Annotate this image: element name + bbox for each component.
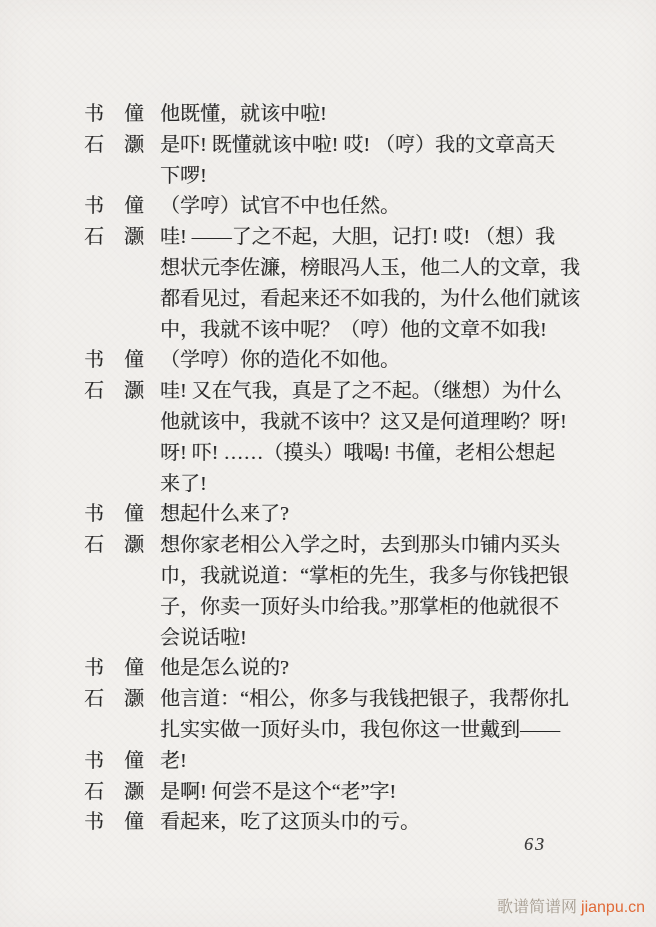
dialogue-entry: 石 灏 是吓! 既懂就该中啦! 哎! （哼）我的文章高天下啰! (84, 130, 598, 192)
watermark-site-url: jianpu.cn (581, 899, 645, 916)
dialogue-entry: 书 僮 老! (84, 746, 598, 777)
speech-text: 老! (160, 746, 594, 777)
speaker-name: 石 灏 (84, 222, 144, 253)
speech-text: 哇! 又在气我，真是了之不起。（继想）为什么他就该中，我就不该中？这又是何道理哟… (160, 376, 594, 499)
watermark: 歌谱简谱网jianpu.cn (497, 894, 645, 917)
speech-line: 中，我就不该中呢？（哼）他的文章不如我! (160, 315, 594, 346)
speech-line: 巾，我就说道：“掌柜的先生，我多与你钱把银 (160, 561, 594, 592)
speech-line: 想起什么来了? (160, 499, 594, 530)
speech-text: 他是怎么说的? (160, 653, 594, 684)
speech-line: 来了! (160, 469, 594, 500)
speech-line: 都看见过，看起来还不如我的，为什么他们就该 (160, 284, 594, 315)
speaker-name: 书 僮 (84, 345, 144, 376)
dialogue-entry: 书 僮 （学哼）试官不中也任然。 (84, 191, 598, 222)
page-number: 63 (524, 834, 546, 855)
dialogue-entry: 书 僮 （学哼）你的造化不如他。 (84, 345, 598, 376)
speech-text: 是啊! 何尝不是这个“老”字! (160, 777, 594, 808)
speech-line: 是吓! 既懂就该中啦! 哎! （哼）我的文章高天 (160, 130, 594, 161)
dialogue-entry: 书 僮 想起什么来了? (84, 499, 598, 530)
speech-line: 想状元李佐濂，榜眼冯人玉，他二人的文章，我 (160, 253, 594, 284)
speech-text: 是吓! 既懂就该中啦! 哎! （哼）我的文章高天下啰! (160, 130, 594, 192)
dialogue-entry: 石 灏 是啊! 何尝不是这个“老”字! (84, 777, 598, 808)
dialogue-entry: 石 灏 他言道：“相公，你多与我钱把银子，我帮你扎扎实实做一顶好头巾，我包你这一… (84, 684, 598, 746)
speech-line: 老! (160, 746, 594, 777)
speaker-name: 石 灏 (84, 530, 144, 561)
speaker-name: 书 僮 (84, 99, 144, 130)
speaker-name: 石 灏 (84, 376, 144, 407)
speaker-name: 书 僮 (84, 499, 144, 530)
dialogue-entry: 石 灏 哇! 又在气我，真是了之不起。（继想）为什么他就该中，我就不该中？这又是… (84, 376, 598, 499)
speech-line: 下啰! (160, 161, 594, 192)
speech-line: （学哼）试官不中也任然。 (160, 191, 594, 222)
speech-line: 哇! ——了之不起，大胆，记打! 哎! （想）我 (160, 222, 594, 253)
speech-line: 会说话啦! (160, 623, 594, 654)
speaker-name: 石 灏 (84, 684, 144, 715)
speech-line: 扎实实做一顶好头巾，我包你这一世戴到—— (160, 715, 594, 746)
speech-line: 他言道：“相公，你多与我钱把银子，我帮你扎 (160, 684, 594, 715)
speaker-name: 书 僮 (84, 746, 144, 777)
watermark-site-name: 歌谱简谱网 (497, 899, 577, 916)
speech-text: 他言道：“相公，你多与我钱把银子，我帮你扎扎实实做一顶好头巾，我包你这一世戴到—… (160, 684, 594, 746)
speech-text: （学哼）试官不中也任然。 (160, 191, 594, 222)
speech-text: （学哼）你的造化不如他。 (160, 345, 594, 376)
dialogue-entry: 书 僮 看起来，吃了这顶头巾的亏。 (84, 807, 598, 838)
speech-text: 想起什么来了? (160, 499, 594, 530)
speaker-name: 书 僮 (84, 653, 144, 684)
speaker-name: 书 僮 (84, 807, 144, 838)
speech-text: 想你家老相公入学之时，去到那头巾铺内买头巾，我就说道：“掌柜的先生，我多与你钱把… (160, 530, 594, 653)
speech-line: （学哼）你的造化不如他。 (160, 345, 594, 376)
speaker-name: 石 灏 (84, 130, 144, 161)
speech-line: 想你家老相公入学之时，去到那头巾铺内买头 (160, 530, 594, 561)
speech-text: 他既懂，就该中啦! (160, 99, 594, 130)
speaker-name: 石 灏 (84, 777, 144, 808)
speech-line: 是啊! 何尝不是这个“老”字! (160, 777, 594, 808)
speech-line: 他既懂，就该中啦! (160, 99, 594, 130)
speech-line: 呀! 吓! ……（摸头）哦喝! 书僮，老相公想起 (160, 438, 594, 469)
dialogue-entry: 书 僮 他既懂，就该中啦! (84, 99, 598, 130)
speech-line: 他是怎么说的? (160, 653, 594, 684)
scanned-script-page: 书 僮 他既懂，就该中啦! 石 灏 是吓! 既懂就该中啦! 哎! （哼）我的文章… (0, 0, 656, 927)
dialogue-entry: 石 灏 哇! ——了之不起，大胆，记打! 哎! （想）我想状元李佐濂，榜眼冯人玉… (84, 222, 598, 345)
speech-line: 子，你卖一顶好头巾给我。”那掌柜的他就很不 (160, 592, 594, 623)
speaker-name: 书 僮 (84, 191, 144, 222)
speech-text: 哇! ——了之不起，大胆，记打! 哎! （想）我想状元李佐濂，榜眼冯人玉，他二人… (160, 222, 594, 345)
speech-line: 他就该中，我就不该中？这又是何道理哟？呀! (160, 407, 594, 438)
dialogue-entry: 书 僮 他是怎么说的? (84, 653, 598, 684)
speech-line: 哇! 又在气我，真是了之不起。（继想）为什么 (160, 376, 594, 407)
dialogue-entry: 石 灏 想你家老相公入学之时，去到那头巾铺内买头巾，我就说道：“掌柜的先生，我多… (84, 530, 598, 653)
dialogue-area: 书 僮 他既懂，就该中啦! 石 灏 是吓! 既懂就该中啦! 哎! （哼）我的文章… (84, 99, 598, 838)
